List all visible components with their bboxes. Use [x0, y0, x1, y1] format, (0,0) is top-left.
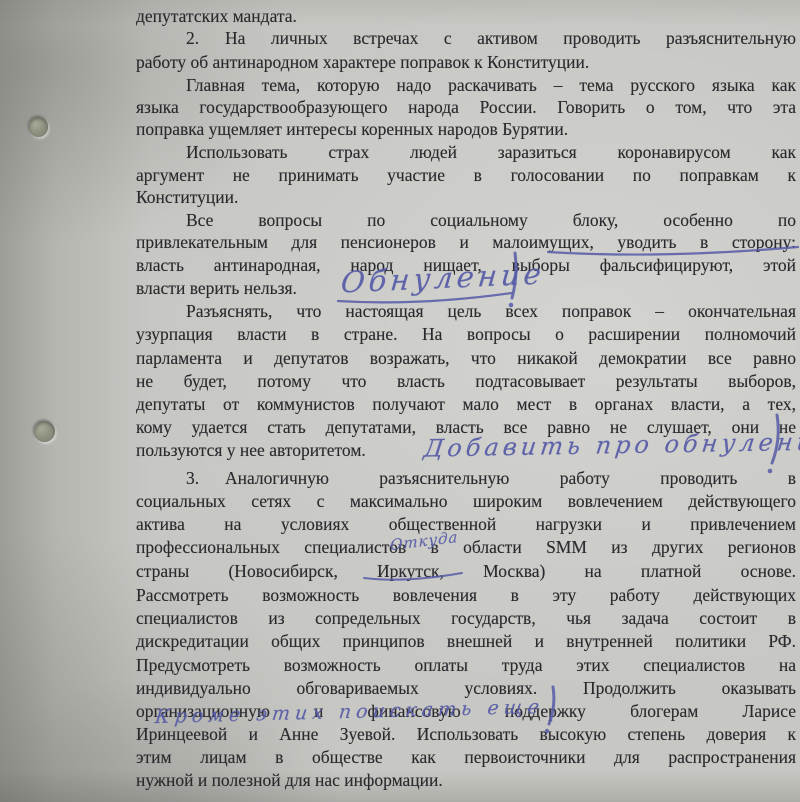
- document-line: Рассмотреть возможность вовлечения в эту…: [136, 584, 796, 607]
- document-line: профессиональных специалистов в области …: [136, 536, 796, 559]
- document-line: страны (Новосибирск, Иркутск, Москва) на…: [136, 560, 796, 583]
- punch-hole-bottom: [34, 421, 55, 442]
- document-line: не будет, потому что власть подтасовывае…: [136, 370, 796, 393]
- punch-hole-top: [29, 117, 48, 137]
- document-line: Разъяснять, что настоящая цель всех попр…: [136, 300, 796, 323]
- document-line: депутатских мандата.: [136, 5, 796, 28]
- document-line: 3.Аналогичную разъяснительную работу про…: [136, 467, 796, 490]
- document-line: нужной и полезной для нас информации.: [136, 769, 796, 792]
- document-line: дискредитации общих принципов внешней и …: [136, 630, 796, 653]
- document-line: привлекательным для пенсионеров и малоим…: [136, 231, 796, 254]
- document-line: аргумент не принимать участие в голосова…: [136, 164, 796, 187]
- document-line: Все вопросы по социальному блоку, особен…: [136, 209, 796, 232]
- paragraph-number: 3.: [186, 467, 225, 489]
- document-line: специалистов из сопредельных государств,…: [136, 607, 796, 630]
- document-line: Предусмотреть возможность оплаты труда э…: [136, 654, 796, 677]
- document-line: работу об антинародном характере поправо…: [136, 51, 796, 74]
- document-line: этим лицам в обществе как первоисточники…: [136, 746, 796, 769]
- document-line: социальных сетях с максимально широким в…: [136, 490, 796, 513]
- document-line: языка государствообразующего народа Росс…: [136, 96, 796, 119]
- document-line: депутаты от коммунистов получают мало ме…: [136, 393, 796, 416]
- document-line: актива на условиях общественной нагрузки…: [136, 513, 796, 536]
- document-line: Конституции.: [136, 186, 796, 209]
- document-page: депутатских мандата.2.На личных встречах…: [0, 0, 800, 802]
- document-line: поправка ущемляет интересы коренных наро…: [136, 118, 796, 141]
- document-line: индивидуально обговариваемых условиях. П…: [136, 677, 796, 700]
- document-line: 2.На личных встречах с активом проводить…: [136, 27, 796, 50]
- paragraph-number: 2.: [186, 27, 225, 49]
- document-line: узурпация власти в стране. На вопросы о …: [136, 323, 796, 346]
- document-line: Использовать страх людей заразиться коро…: [136, 141, 796, 164]
- document-line: парламента и депутатов возражать, что ни…: [136, 347, 796, 370]
- document-line: Иринцеевой и Анне Зуевой. Использовать в…: [136, 723, 796, 746]
- document-line: Главная тема, которую надо раскачивать –…: [136, 74, 796, 97]
